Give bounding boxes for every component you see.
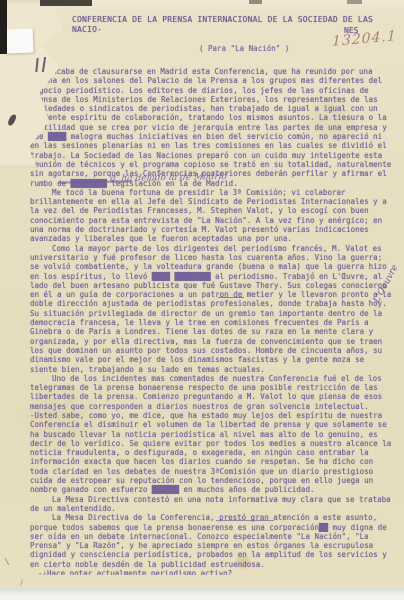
- scanned-page: CONFERENCIA DE LA PRENSA INTERNACIONAL D…: [0, 0, 404, 600]
- scan-edge-mark: [347, 0, 362, 4]
- pencil-mark: [4, 555, 14, 565]
- interlinear-handwriting: q. ha dejado la de Madrid: [109, 172, 228, 184]
- paragraph-6: La Mesa Directiva contestó en una nota i…: [30, 495, 393, 514]
- paragraph-8: -¿Hace notar actualmente periodismo acti…: [30, 569, 393, 575]
- paragraph-7: La Mesa Directiva de la Conferencia, pre…: [30, 513, 393, 569]
- typed-underline-metier: [218, 297, 244, 298]
- typed-underline-internacional: [216, 520, 274, 521]
- typed-body: Acaba de clausurarse en Madrid esta Conf…: [30, 67, 393, 575]
- paper-sheet: CONFERENCIA DE LA PRENSA INTERNACIONAL D…: [0, 0, 404, 588]
- paragraph-3: Como la mayor parte de los dirigentes de…: [30, 244, 393, 374]
- scan-edge-mark: [40, 0, 92, 6]
- paragraph-2: Me tocó la buena fortuna de presidir la …: [30, 188, 393, 244]
- paragraph-1: Acaba de clausurarse en Madrid esta Conf…: [30, 67, 393, 188]
- paragraph-4: Uno de los incidentes mas comentados de …: [30, 374, 393, 411]
- scanner-background-strip: [0, 588, 404, 600]
- document-subtitle: ( Para "La Nación" ): [199, 44, 289, 53]
- paragraph-5: -Usted sabe, como yo, me dice, que ha es…: [30, 411, 393, 495]
- pencil-mark: [20, 579, 27, 586]
- scan-edge-mark: [249, 0, 262, 4]
- torn-hole-background: [5, 29, 34, 54]
- scan-edge-shadow-left: [0, 0, 7, 54]
